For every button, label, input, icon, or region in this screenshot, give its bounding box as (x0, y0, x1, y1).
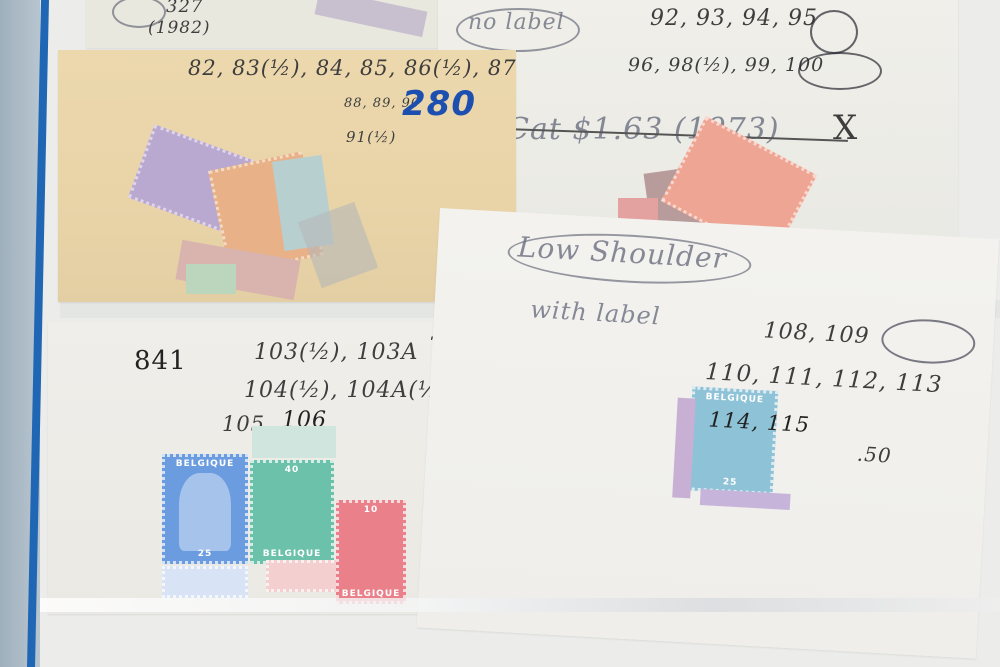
catalog-numbers: 92, 93, 94, 95 (650, 6, 818, 31)
stamp-country: BELGIQUE (253, 549, 331, 559)
catalog-numbers: 96, 98(½), 99, 100 (628, 54, 824, 76)
price-label: 280 (402, 84, 476, 124)
catalog-numbers: 103(½), 103A (254, 340, 418, 365)
scribble-mark (810, 10, 858, 54)
stamp-value: 10 (339, 505, 403, 515)
catalog-numbers: 108, 109 (763, 318, 870, 349)
scribble-mark (798, 52, 882, 90)
stamp-tab (162, 566, 248, 598)
portrait (179, 473, 231, 551)
stamp: BELGIQUE 25 (162, 454, 248, 564)
scribbled-label: no label (468, 10, 565, 35)
stamp-value: 25 (690, 475, 770, 489)
price-label: .50 (856, 442, 892, 468)
catalog-numbers: 91(½) (346, 128, 396, 146)
scribbled-label: with label (530, 295, 662, 330)
note-line: (1982) (148, 18, 211, 38)
note-line: 327 (166, 0, 203, 17)
x-mark: X (833, 108, 858, 148)
stamp: 10 BELGIQUE (336, 500, 406, 604)
stamp-tab (252, 426, 336, 458)
catalog-numbers: 82, 83(½), 84, 85, 86(½), 87 (188, 56, 517, 80)
light-reflection (40, 598, 1000, 612)
stamp (186, 264, 236, 294)
stamp (314, 0, 427, 37)
stamp-country: BELGIQUE (695, 392, 775, 406)
envelope-code: 841 (134, 346, 187, 376)
stamp-country: BELGIQUE (165, 459, 245, 469)
envelope-bottom-right: Low Shoulder with label 108, 109 110, 11… (417, 208, 1000, 659)
stamp: BELGIQUE 25 (687, 386, 779, 495)
scribble-mark (880, 317, 976, 366)
catalog-numbers: 104(½), 104A(½) (244, 378, 450, 403)
stamp (700, 489, 791, 510)
envelope-top-left: 327 (1982) (86, 0, 438, 48)
stamp-value: 40 (253, 465, 331, 475)
stamp: 40 BELGIQUE (250, 460, 334, 564)
